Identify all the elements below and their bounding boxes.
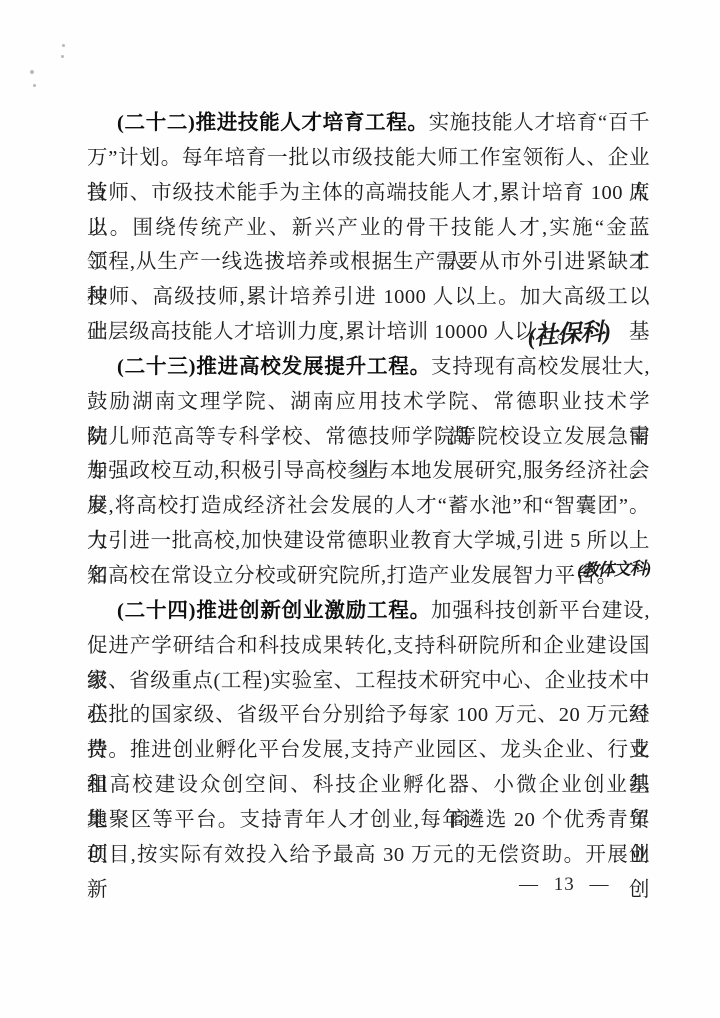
scan-speck bbox=[61, 55, 64, 58]
paragraph-text: 实施技能人才培育“百千 bbox=[429, 112, 650, 134]
paragraph-line: 项目,按实际有效投入给予最高 30 万元的无偿资助。开展创新创 bbox=[87, 838, 650, 873]
scan-speck bbox=[30, 70, 34, 74]
paragraph-23: (二十三)推进高校发展提升工程。支持现有高校发展壮大, 鼓励湖南文理学院、湖南应… bbox=[87, 350, 650, 594]
paragraph-line: (二十二)推进技能人才培育工程。实施技能人才培育“百千 bbox=[87, 106, 650, 141]
paragraph-23-heading: (二十三)推进高校发展提升工程。 bbox=[117, 356, 431, 378]
paragraph-line: 幼儿师范高等专科学校、常德技师学院等院校设立发展急需专业。 bbox=[87, 420, 650, 455]
page-number: — 13 — bbox=[519, 874, 610, 896]
paragraph-line: 万”计划。每年培育一批以市级技能大师工作室领衔人、企业首席 bbox=[87, 141, 650, 176]
paragraph-text: 加强科技创新平台建设, bbox=[431, 600, 650, 622]
paragraph-line: 技师、市级技术能手为主体的高端技能人才,累计培育 100 人以 bbox=[87, 176, 650, 211]
scan-speck bbox=[62, 44, 65, 47]
paragraph-line: 名高校在常设立分校或研究院所,打造产业发展智力平台。 bbox=[87, 559, 650, 594]
scan-speck bbox=[33, 84, 36, 87]
paragraph-line: 鼓励湖南文理学院、湖南应用技术学院、常德职业技术学院、湖南 bbox=[87, 385, 650, 420]
paragraph-line: 持。推进创业孵化平台发展,支持产业园区、龙头企业、行业组织 bbox=[87, 733, 650, 768]
paragraph-24-heading: (二十四)推进创新创业激励工程。 bbox=[117, 600, 431, 622]
paragraph-line: 获批的国家级、省级平台分别给予每家 100 万元、20 万元经费支 bbox=[87, 698, 650, 733]
paragraph-22-heading: (二十二)推进技能人才培育工程。 bbox=[117, 112, 429, 134]
document-body: (二十二)推进技能人才培育工程。实施技能人才培育“百千 万”计划。每年培育一批以… bbox=[87, 106, 650, 873]
paragraph-line: 集聚区等平台。支持青年人才创业,每年遴选 20 个优秀青年创业 bbox=[87, 803, 650, 838]
paragraph-line: 力引进一批高校,加快建设常德职业教育大学城,引进 5 所以上知 bbox=[87, 524, 650, 559]
paragraph-line: 上。围绕传统产业、新兴产业的骨干技能人才,实施“金蓝领”人才 bbox=[87, 211, 650, 246]
paragraph-line: 和高校建设众创空间、科技企业孵化器、小微企业创业基地、商贸 bbox=[87, 768, 650, 803]
paragraph-line: 工程,从生产一线选拔培养或根据生产需要从市外引进紧缺工种 bbox=[87, 245, 650, 280]
paragraph-line: 加强政校互动,积极引导高校参与本地发展研究,服务经济社会发 bbox=[87, 454, 650, 489]
handwritten-annotation-jiaotiwenke: (教体文科) bbox=[577, 554, 651, 582]
paragraph-line: 促进产学研结合和科技成果转化,支持科研院所和企业建设国家 bbox=[87, 629, 650, 664]
document-page: (二十二)推进技能人才培育工程。实施技能人才培育“百千 万”计划。每年培育一批以… bbox=[0, 0, 720, 1018]
paragraph-line: 技师、高级技师,累计培养引进 1000 人以上。加大高级工以上基 bbox=[87, 280, 650, 315]
paragraph-line: 展,将高校打造成经济社会发展的人才“蓄水池”和“智囊团”。大 bbox=[87, 489, 650, 524]
handwritten-annotation-shebaoke: (社保科) bbox=[526, 311, 611, 352]
paragraph-text: 支持现有高校发展壮大, bbox=[431, 356, 650, 378]
paragraph-line: (二十三)推进高校发展提升工程。支持现有高校发展壮大, bbox=[87, 350, 650, 385]
paragraph-line: (二十四)推进创新创业激励工程。加强科技创新平台建设, bbox=[87, 594, 650, 629]
paragraph-24: (二十四)推进创新创业激励工程。加强科技创新平台建设, 促进产学研结合和科技成果… bbox=[87, 594, 650, 873]
paragraph-line: 级、省级重点(工程)实验室、工程技术研究中心、企业技术中心,对 bbox=[87, 664, 650, 699]
